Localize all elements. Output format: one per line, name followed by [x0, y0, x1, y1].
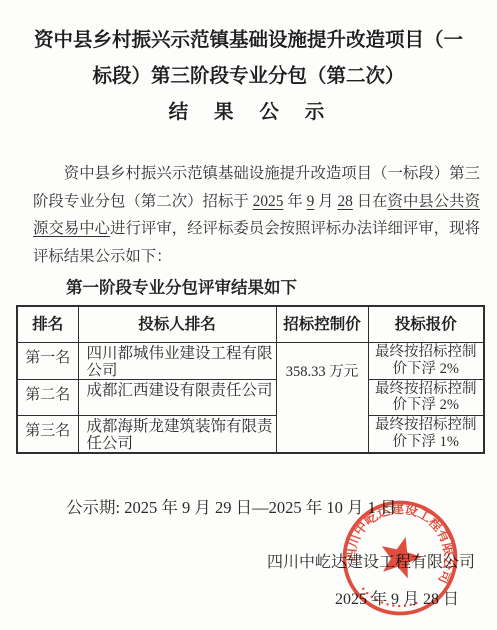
bidder-3: 成都海斯龙建筑装饰有限责任公司 — [78, 415, 276, 453]
header-bid: 投标报价 — [368, 306, 484, 342]
signature-date: 2025 年 9 月 28 日 — [0, 586, 497, 609]
control-price-value: 358.33 万元 — [276, 342, 368, 453]
title-line-1: 资中县乡村振兴示范镇基础设施提升改造项目（一 — [26, 23, 472, 59]
document-title: 资中县乡村振兴示范镇基础设施提升改造项目（一 标段）第三阶段专业分包（第二次） … — [26, 0, 472, 131]
text-segment: 年 — [283, 193, 306, 210]
result-table: 排名 投标人排名 招标控制价 投标报价 第一名 四川都城伟业建设工程有限公司 3… — [16, 305, 485, 454]
publicity-period: 公示期: 2025 年 9 月 29 日—2025 年 10 月 1 日 — [33, 494, 480, 518]
rank-1: 第一名 — [17, 342, 78, 379]
underlined-text: 28 — [337, 193, 352, 210]
title-line-3: 结 果 公 示 — [26, 95, 472, 131]
rank-2: 第二名 — [17, 379, 78, 415]
title-line-2: 标段）第三阶段专业分包（第二次） — [26, 59, 472, 95]
text-segment: 月 — [314, 193, 337, 210]
announcement-page: 资中县乡村振兴示范镇基础设施提升改造项目（一 标段）第三阶段专业分包（第二次） … — [0, 0, 497, 630]
table-caption: 第一阶段专业分包评审结果如下 — [33, 276, 497, 300]
bidder-2: 成都汇西建设有限责任公司 — [78, 379, 276, 415]
header-bidder: 投标人排名 — [78, 306, 276, 342]
signature-company: 四川中屹达建设工程有限公司 — [0, 549, 497, 572]
bid-1: 最终按招标控制价下浮 2% — [368, 342, 484, 379]
header-control-price: 招标控制价 — [276, 306, 368, 342]
text-segment: 日在 — [353, 193, 388, 210]
underlined-text: 2025 — [253, 193, 284, 210]
announcement-paragraph: 资中县乡村振兴示范镇基础设施提升改造项目（一标段）第三阶段专业分包（第二次）招标… — [33, 160, 480, 270]
table-row: 第三名 成都海斯龙建筑装饰有限责任公司 最终按招标控制价下浮 1% — [17, 415, 484, 453]
bid-3: 最终按招标控制价下浮 1% — [368, 415, 484, 453]
bidder-1: 四川都城伟业建设工程有限公司 — [78, 342, 276, 379]
rank-3: 第三名 — [17, 415, 78, 453]
table-row: 第二名 成都汇西建设有限责任公司 最终按招标控制价下浮 2% — [17, 379, 484, 415]
table-row: 第一名 四川都城伟业建设工程有限公司 358.33 万元 最终按招标控制价下浮 … — [17, 342, 484, 379]
bid-2: 最终按招标控制价下浮 2% — [368, 379, 484, 415]
header-rank: 排名 — [17, 306, 78, 342]
table-header-row: 排名 投标人排名 招标控制价 投标报价 — [17, 306, 484, 342]
